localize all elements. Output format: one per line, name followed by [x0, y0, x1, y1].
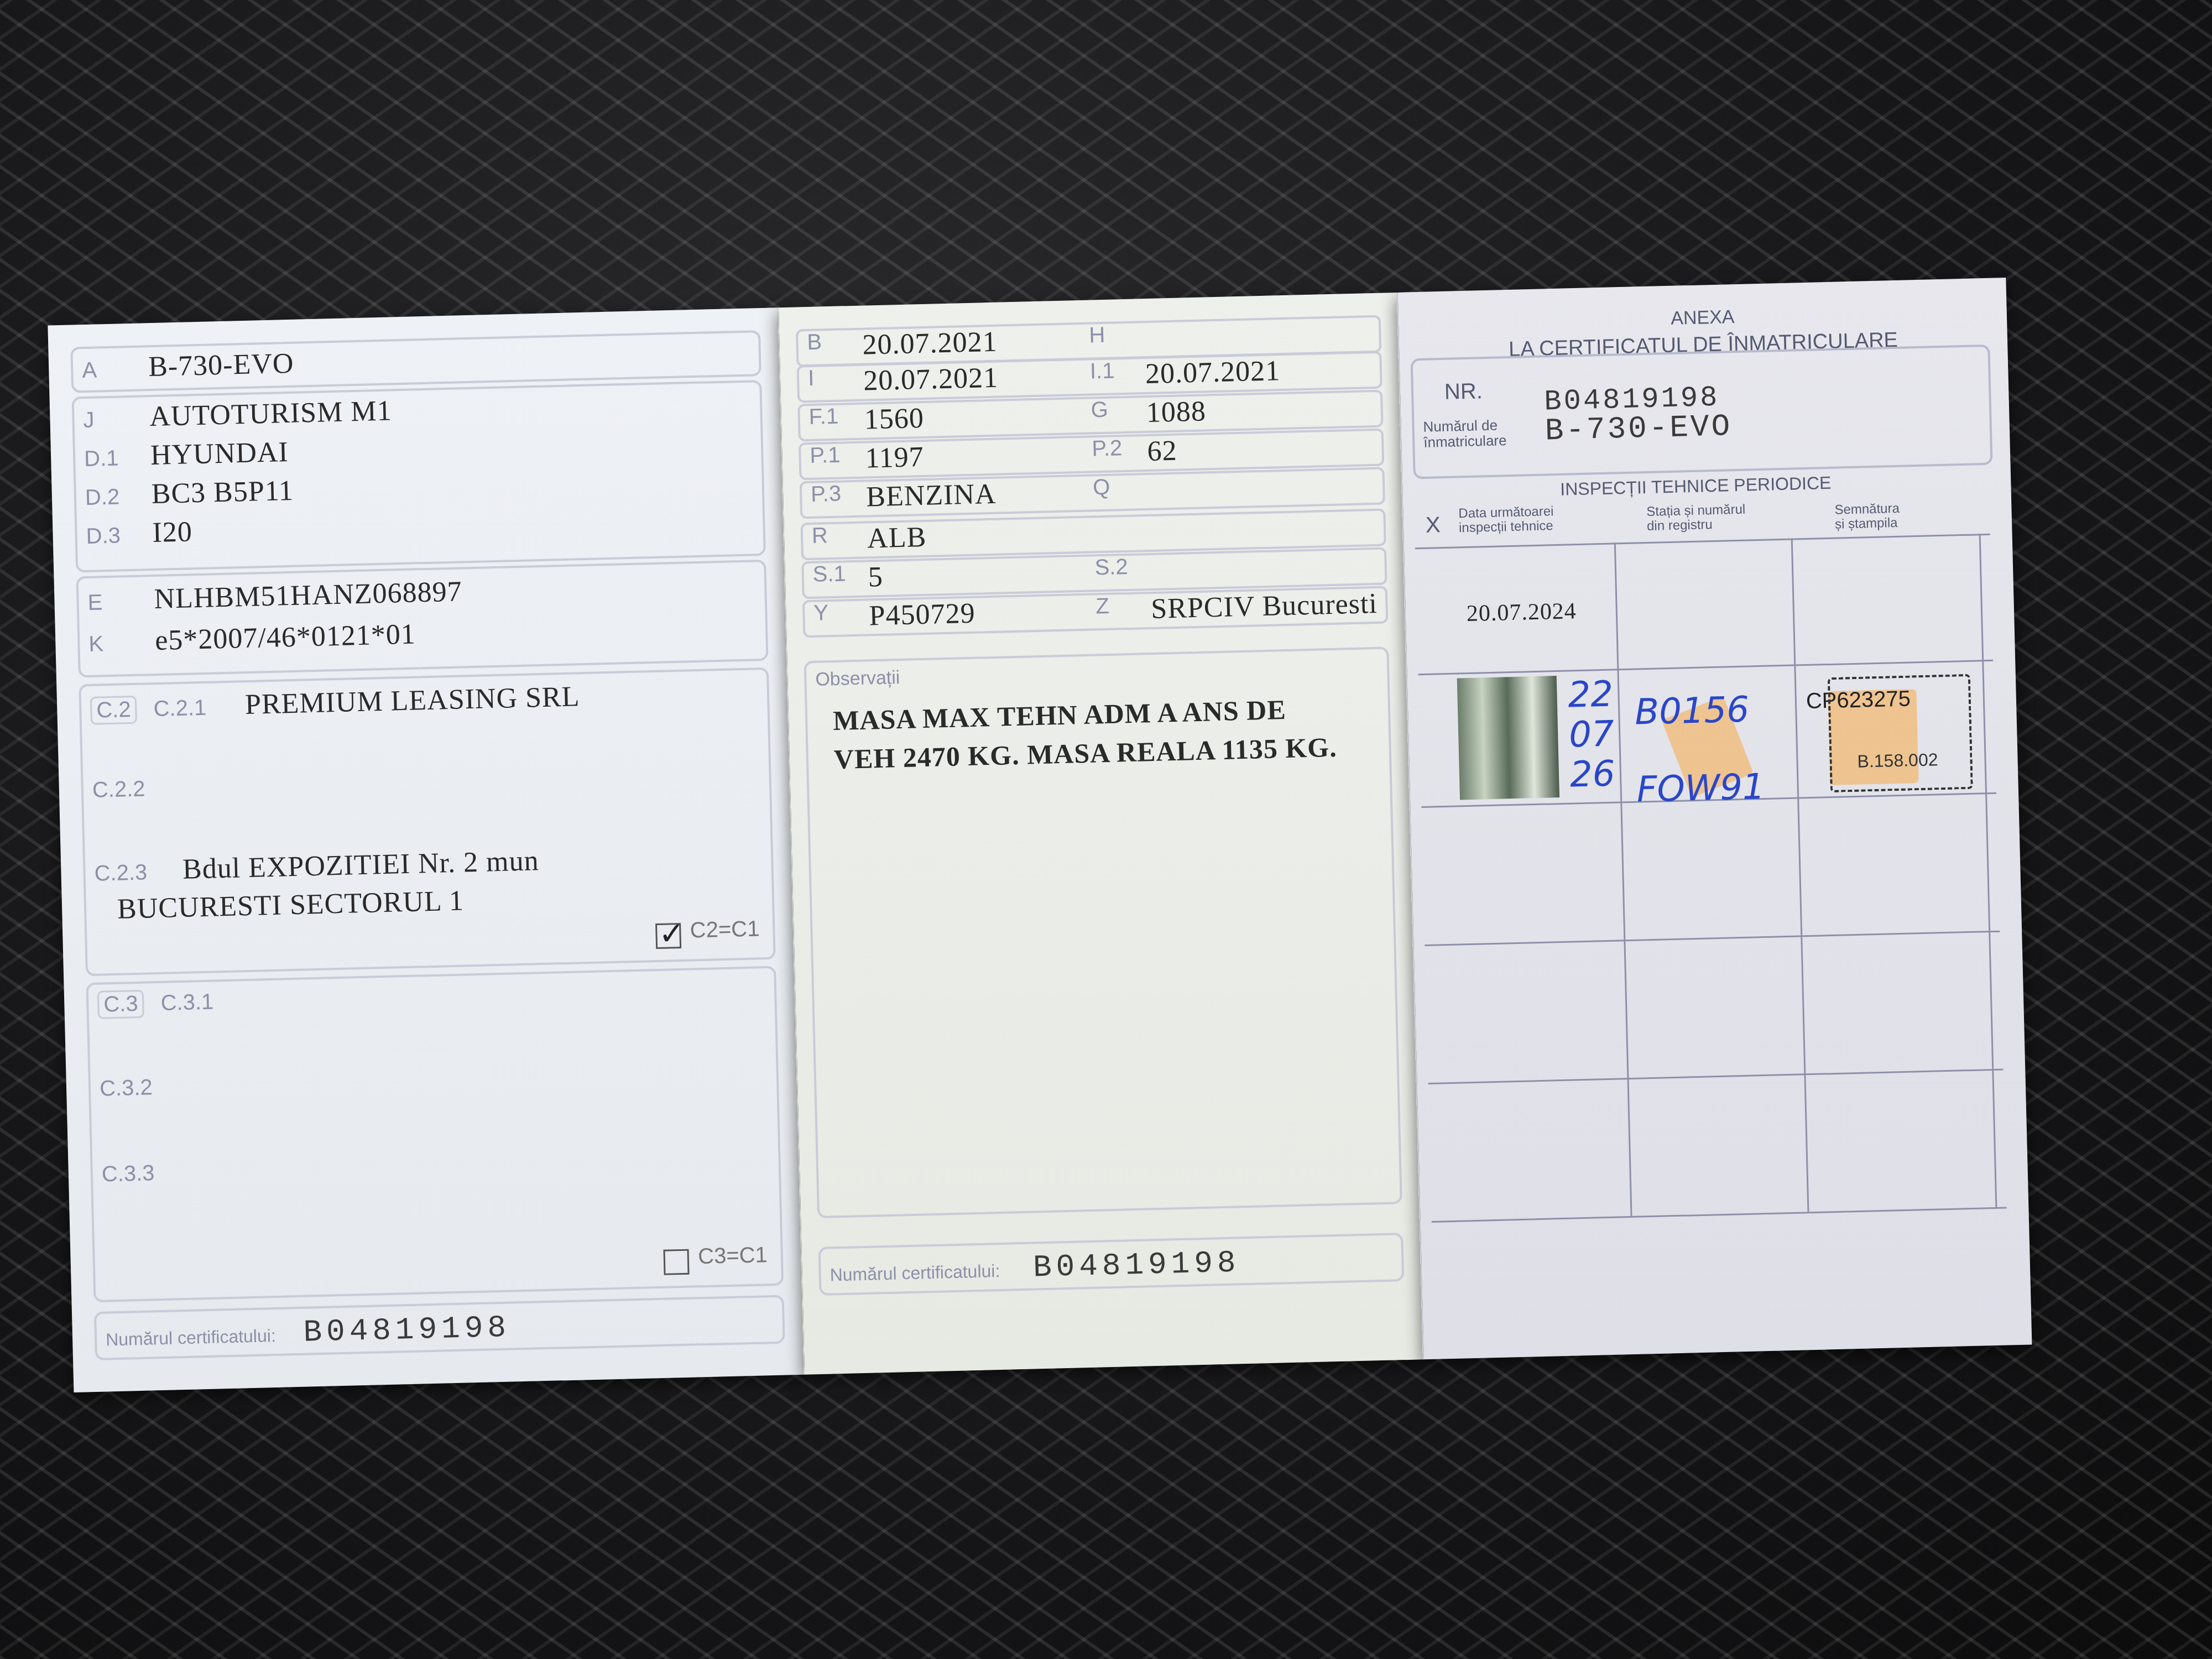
field-value: 20.07.2021	[1145, 354, 1280, 390]
c33-code: C.3.3	[101, 1161, 155, 1187]
field-code: S.2	[1094, 555, 1128, 580]
col-sign-line-2: și ștampila	[1835, 516, 1900, 532]
c22-code: C.2.2	[92, 776, 145, 802]
middle-fields: B20.07.2021HI20.07.2021I.120.07.2021F.11…	[779, 293, 1398, 307]
nr-label: NR.	[1444, 379, 1483, 405]
col-station-line-1: Stația și numărul	[1646, 503, 1745, 519]
inspection-date-1: 20.07.2024	[1466, 598, 1577, 627]
grid-line	[1415, 534, 1990, 549]
c32-code: C.3.2	[100, 1075, 153, 1101]
inspection-station-2: B0156 FOW91	[1634, 671, 1766, 829]
col-sign-header: Semnătura și ștampila	[1834, 502, 1900, 532]
field-code: R	[812, 523, 828, 549]
stamp-number: B.158.002	[1857, 749, 1938, 772]
field-a: A B-730-EVO	[82, 347, 295, 385]
field-d1: D.1 HYUNDAI	[84, 436, 289, 473]
certificate-number: B04819198	[303, 1310, 511, 1350]
field-code: H	[1089, 323, 1105, 348]
c21-code: C.2.1	[153, 696, 207, 722]
observations-label: Observații	[815, 667, 900, 691]
field-value: P450729	[869, 597, 975, 633]
field-code: G	[1091, 398, 1108, 423]
c31-code: C.3.1	[160, 990, 214, 1016]
field-code: E	[87, 589, 154, 615]
certificate-label: Numărul certificatului:	[106, 1326, 276, 1350]
field-value: BENZINA	[866, 478, 997, 514]
c23-code: C.2.3	[94, 860, 148, 885]
grid-line	[1428, 1069, 2004, 1084]
grid-line	[1791, 539, 1809, 1212]
owner-address: C.2.3 Bdul EXPOZITIEI Nr. 2 mun BUCUREST…	[94, 844, 540, 926]
field-value: AUTOTURISM M1	[149, 394, 393, 433]
field-value: 1560	[864, 402, 924, 436]
field-code: S.1	[812, 561, 846, 587]
annex-plate-number: B-730-EVO	[1545, 409, 1733, 448]
c3-equals-c1-checkbox[interactable]: C3=C1	[664, 1243, 768, 1275]
certificate-label: Numărul certificatului:	[830, 1261, 1000, 1286]
field-code: J	[83, 406, 150, 433]
checkbox-label: C3=C1	[698, 1243, 768, 1269]
field-d2: D.2 BC3 B5P11	[85, 474, 294, 512]
field-value: e5*2007/46*0121*01	[155, 618, 416, 657]
field-code: D.1	[84, 445, 151, 472]
station-line-2: FOW91	[1636, 748, 1766, 829]
c3-code: C.3	[97, 990, 144, 1019]
c2-code: C.2	[90, 696, 137, 725]
date-month: 07	[1568, 714, 1614, 755]
field-value: 20.07.2021	[862, 326, 998, 362]
hologram-sticker	[1457, 676, 1559, 800]
checkbox-empty-icon[interactable]	[664, 1249, 690, 1275]
registration-label: Numărul de înmatriculare	[1423, 417, 1507, 450]
field-code: P.1	[810, 443, 841, 468]
field-code: Z	[1095, 594, 1110, 619]
inspection-date-2: 22 07 26	[1568, 675, 1616, 795]
grid-line	[1614, 542, 1632, 1216]
field-code: I.1	[1089, 358, 1115, 384]
field-code: P.3	[811, 482, 842, 507]
grid-line	[1979, 534, 1997, 1207]
certificate-number: B04819198	[1032, 1245, 1240, 1285]
inspection-stamp	[1828, 674, 1973, 792]
annex-panel: ANEXA LA CERTIFICATUL DE ÎNMATRICULARE N…	[1397, 278, 2032, 1359]
checkbox-label: C2=C1	[690, 916, 760, 942]
c3-header: C.3 C.3.1	[97, 988, 214, 1019]
field-value: 20.07.2021	[863, 362, 999, 398]
field-value: I20	[152, 515, 193, 549]
field-code: P.2	[1092, 436, 1123, 461]
field-value: HYUNDAI	[150, 436, 289, 472]
field-value: 5	[868, 561, 883, 594]
date-year: 26	[1569, 754, 1615, 795]
field-value: 1197	[865, 441, 924, 475]
field-code: F.1	[808, 404, 838, 430]
registration-label-line-2: înmatriculare	[1423, 432, 1507, 450]
grid-line	[1432, 1207, 2007, 1222]
field-value: BC3 B5P11	[151, 474, 294, 510]
field-code: I	[808, 366, 815, 391]
field-code: Q	[1093, 475, 1110, 500]
date-day: 22	[1568, 675, 1614, 716]
col-x: X	[1425, 513, 1441, 538]
grid-line	[1425, 931, 2000, 946]
field-value: SRPCIV Bucuresti	[1151, 587, 1378, 625]
middle-panel: B20.07.2021HI20.07.2021I.120.07.2021F.11…	[778, 293, 1424, 1375]
col-date-line-2: inspecții tehnice	[1459, 519, 1554, 535]
vehicle-registration-certificate: A B-730-EVO J AUTOTURISM M1 D.1 HYUNDAI …	[48, 278, 2031, 1420]
col-station-header: Stația și numărul din registru	[1646, 503, 1746, 534]
field-value: 62	[1147, 435, 1177, 468]
c2-equals-c1-checkbox[interactable]: C2=C1	[655, 916, 760, 949]
field-value: ALB	[867, 521, 926, 555]
col-station-line-2: din registru	[1647, 517, 1746, 534]
field-value: 1088	[1146, 395, 1206, 429]
left-panel: A B-730-EVO J AUTOTURISM M1 D.1 HYUNDAI …	[48, 307, 804, 1392]
station-line-1: B0156	[1634, 671, 1764, 752]
field-d3: D.3 I20	[86, 515, 193, 551]
col-date-header: Data următoarei inspecții tehnice	[1458, 504, 1554, 535]
field-value: B-730-EVO	[148, 347, 295, 383]
checkbox-checked-icon[interactable]	[655, 923, 681, 949]
field-code: A	[82, 357, 149, 383]
field-code: D.3	[86, 523, 153, 549]
field-code: K	[88, 630, 155, 657]
field-code: Y	[813, 601, 829, 626]
field-code: D.2	[85, 484, 152, 510]
field-code: B	[807, 330, 822, 355]
